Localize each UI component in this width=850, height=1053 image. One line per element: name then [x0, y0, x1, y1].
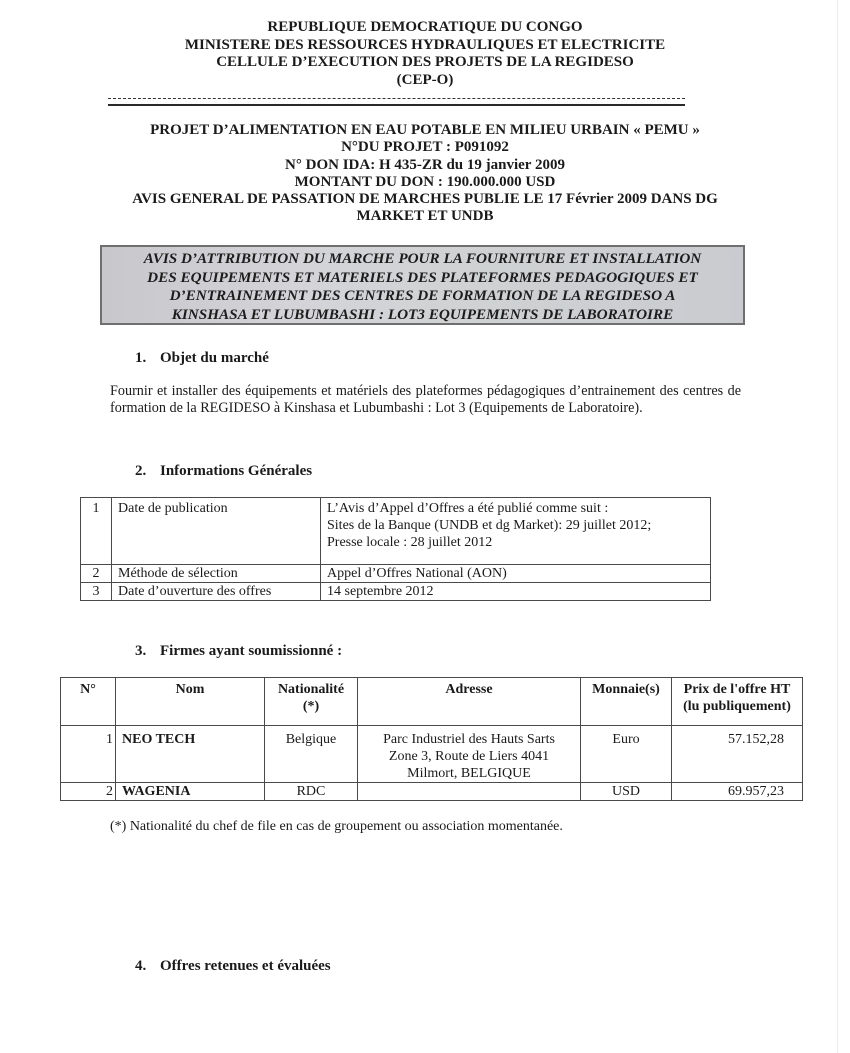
bidder-nationality: RDC — [265, 783, 358, 801]
table-row: 1 Date de publication L’Avis d’Appel d’O… — [81, 498, 711, 565]
table-row: 1 NEO TECH Belgique Parc Industriel des … — [61, 726, 803, 783]
bidder-name: NEO TECH — [116, 726, 265, 783]
table-row: 3 Date d’ouverture des offres 14 septemb… — [81, 583, 711, 601]
row-value: 14 septembre 2012 — [321, 583, 711, 601]
objet-paragraph: Fournir et installer des équipements et … — [110, 383, 741, 417]
row-number: 2 — [81, 565, 112, 583]
letterhead-line: CELLULE D’EXECUTION DES PROJETS DE LA RE… — [0, 54, 850, 72]
general-info-table: 1 Date de publication L’Avis d’Appel d’O… — [80, 497, 711, 601]
project-line: N°DU PROJET : P091092 — [0, 139, 850, 156]
bidder-address: Parc Industriel des Hauts Sarts Zone 3, … — [358, 726, 581, 783]
nationality-footnote: (*) Nationalité du chef de file en cas d… — [110, 819, 563, 835]
banner-line: DES EQUIPEMENTS ET MATERIELS DES PLATEFO… — [102, 269, 743, 288]
award-notice-banner: AVIS D’ATTRIBUTION DU MARCHE POUR LA FOU… — [100, 245, 745, 325]
col-header-address: Adresse — [358, 678, 581, 726]
row-label: Date de publication — [112, 498, 321, 565]
dashed-divider — [108, 98, 685, 99]
bidder-number: 2 — [61, 783, 116, 801]
banner-line: AVIS D’ATTRIBUTION DU MARCHE POUR LA FOU… — [102, 250, 743, 269]
project-line: PROJET D’ALIMENTATION EN EAU POTABLE EN … — [0, 122, 850, 139]
section-heading-4: 4.Offres retenues et évaluées — [135, 958, 331, 975]
col-header-name: Nom — [116, 678, 265, 726]
project-line: MONTANT DU DON : 190.000.000 USD — [0, 174, 850, 191]
section-heading-3: 3.Firmes ayant soumissionné : — [135, 643, 342, 660]
row-label: Méthode de sélection — [112, 565, 321, 583]
bidder-currency: USD — [581, 783, 672, 801]
letterhead-line: REPUBLIQUE DEMOCRATIQUE DU CONGO — [0, 19, 850, 37]
project-line: N° DON IDA: H 435-ZR du 19 janvier 2009 — [0, 157, 850, 174]
project-info: PROJET D’ALIMENTATION EN EAU POTABLE EN … — [0, 122, 850, 226]
row-value: Appel d’Offres National (AON) — [321, 565, 711, 583]
col-header-currency: Monnaie(s) — [581, 678, 672, 726]
section-heading-1: 1.Objet du marché — [135, 350, 269, 367]
table-header-row: N° Nom Nationalité (*) Adresse Monnaie(s… — [61, 678, 803, 726]
bidder-price: 69.957,23 — [672, 783, 803, 801]
banner-line: D’ENTRAINEMENT DES CENTRES DE FORMATION … — [102, 287, 743, 306]
section-heading-2: 2.Informations Générales — [135, 463, 312, 480]
row-number: 3 — [81, 583, 112, 601]
bidder-number: 1 — [61, 726, 116, 783]
project-line: MARKET ET UNDB — [0, 208, 850, 225]
col-header-number: N° — [61, 678, 116, 726]
solid-divider — [108, 104, 685, 106]
col-header-nationality: Nationalité (*) — [265, 678, 358, 726]
letterhead: REPUBLIQUE DEMOCRATIQUE DU CONGO MINISTE… — [0, 19, 850, 89]
row-value: L’Avis d’Appel d’Offres a été publié com… — [321, 498, 711, 565]
bidders-table: N° Nom Nationalité (*) Adresse Monnaie(s… — [60, 677, 803, 801]
table-row: 2 WAGENIA RDC USD 69.957,23 — [61, 783, 803, 801]
col-header-price: Prix de l'offre HT (lu publiquement) — [672, 678, 803, 726]
row-label: Date d’ouverture des offres — [112, 583, 321, 601]
bidder-name: WAGENIA — [116, 783, 265, 801]
bidder-price: 57.152,28 — [672, 726, 803, 783]
letterhead-line: (CEP-O) — [0, 72, 850, 90]
bidder-nationality: Belgique — [265, 726, 358, 783]
letterhead-line: MINISTERE DES RESSOURCES HYDRAULIQUES ET… — [0, 37, 850, 55]
bidder-currency: Euro — [581, 726, 672, 783]
banner-line: KINSHASA ET LUBUMBASHI : LOT3 EQUIPEMENT… — [102, 306, 743, 325]
table-row: 2 Méthode de sélection Appel d’Offres Na… — [81, 565, 711, 583]
bidder-address — [358, 783, 581, 801]
project-line: AVIS GENERAL DE PASSATION DE MARCHES PUB… — [0, 191, 850, 208]
row-number: 1 — [81, 498, 112, 565]
